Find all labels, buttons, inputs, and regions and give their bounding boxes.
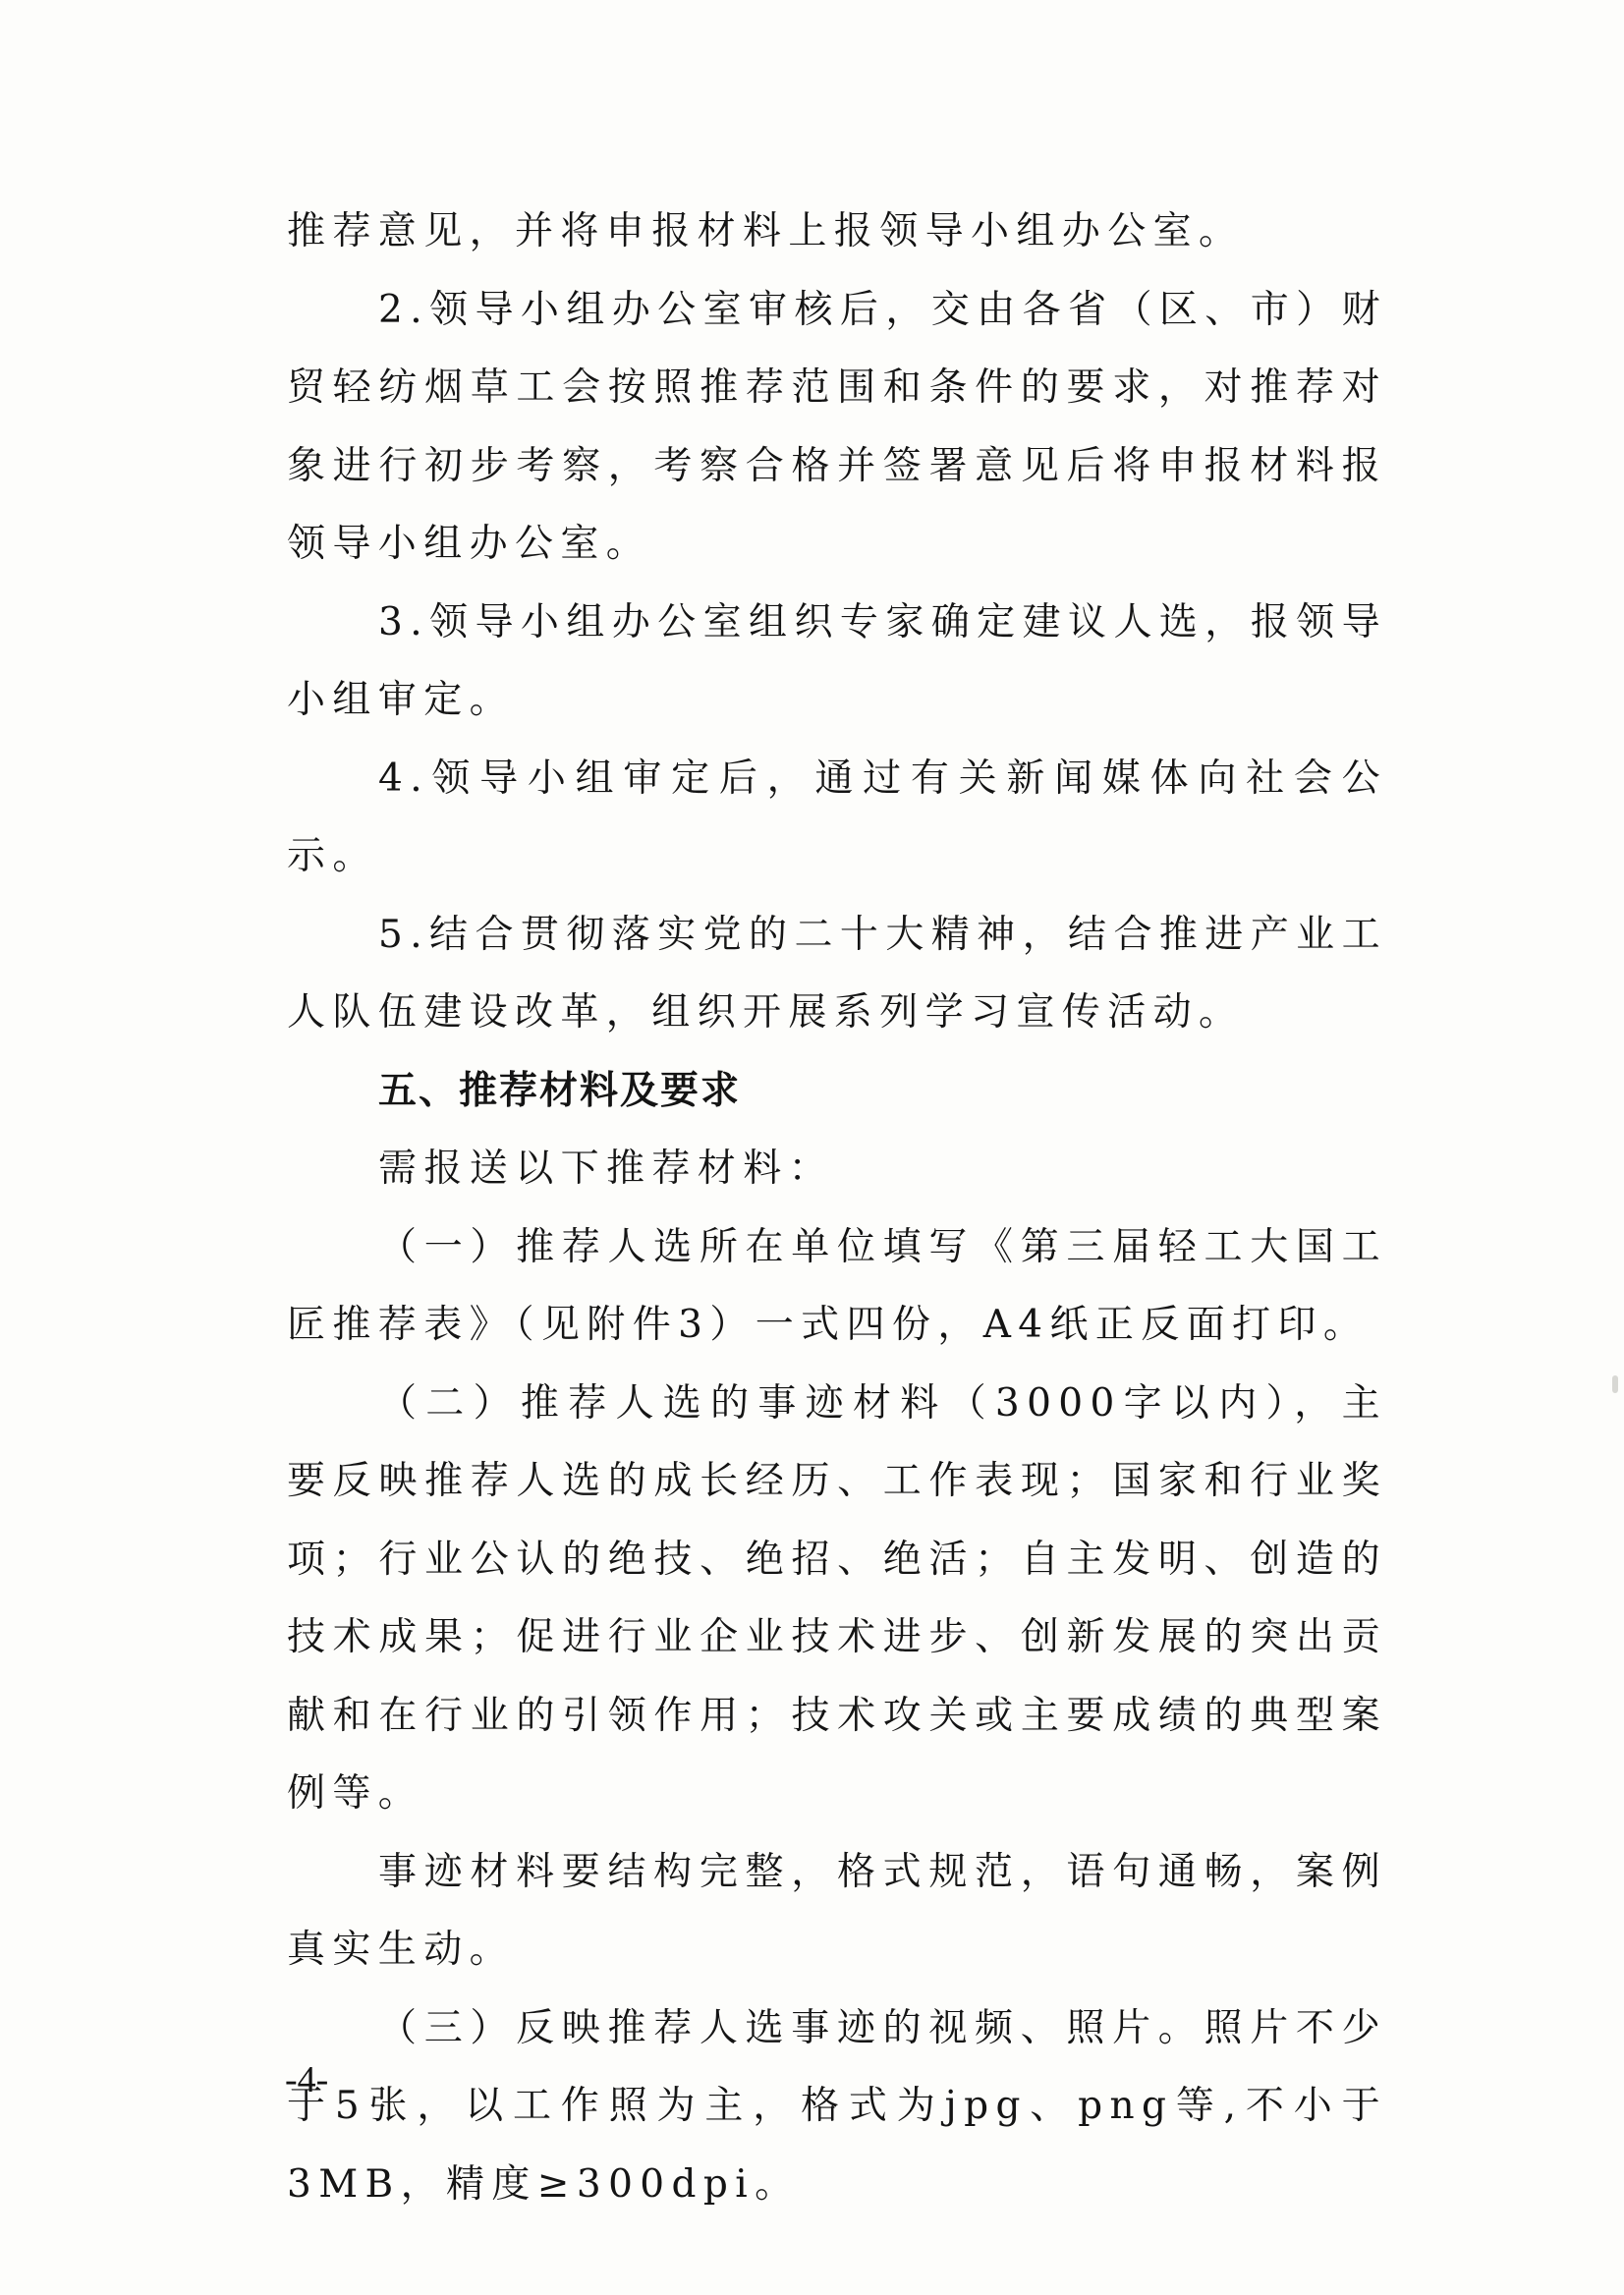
- document-page: 推荐意见，并将申报材料上报领导小组办公室。 2.领导小组办公室审核后，交由各省（…: [0, 0, 1624, 2295]
- paragraph-continuation: 推荐意见，并将申报材料上报领导小组办公室。: [287, 193, 1387, 271]
- paragraph-material-2: （二）推荐人选的事迹材料（3000字以内），主要反映推荐人选的成长经历、工作表现…: [287, 1365, 1387, 1833]
- paragraph-material-1: （一）推荐人选所在单位填写《第三届轻工大国工匠推荐表》（见附件3）一式四份，A4…: [287, 1208, 1387, 1365]
- paragraph-step-5: 5.结合贯彻落实党的二十大精神，结合推进产业工人队伍建设改革，组织开展系列学习宣…: [287, 896, 1387, 1052]
- paragraph-step-3: 3.领导小组办公室组织专家确定建议人选，报领导小组审定。: [287, 584, 1387, 740]
- paragraph-material-3: （三）反映推荐人选事迹的视频、照片。照片不少于5张，以工作照为主，格式为jpg、…: [287, 1989, 1387, 2224]
- page-number: -4-: [285, 2058, 328, 2101]
- scan-edge-mark: [1612, 1375, 1618, 1393]
- paragraph-step-2: 2.领导小组办公室审核后，交由各省（区、市）财贸轻纺烟草工会按照推荐范围和条件的…: [287, 271, 1387, 584]
- paragraph-materials-intro: 需报送以下推荐材料：: [287, 1130, 1387, 1208]
- paragraph-step-4: 4.领导小组审定后，通过有关新闻媒体向社会公示。: [287, 740, 1387, 896]
- section-heading-5: 五、推荐材料及要求: [287, 1052, 1387, 1131]
- document-body: 推荐意见，并将申报材料上报领导小组办公室。 2.领导小组办公室审核后，交由各省（…: [287, 193, 1387, 2223]
- paragraph-material-2-note: 事迹材料要结构完整，格式规范，语句通畅，案例真实生动。: [287, 1833, 1387, 1989]
